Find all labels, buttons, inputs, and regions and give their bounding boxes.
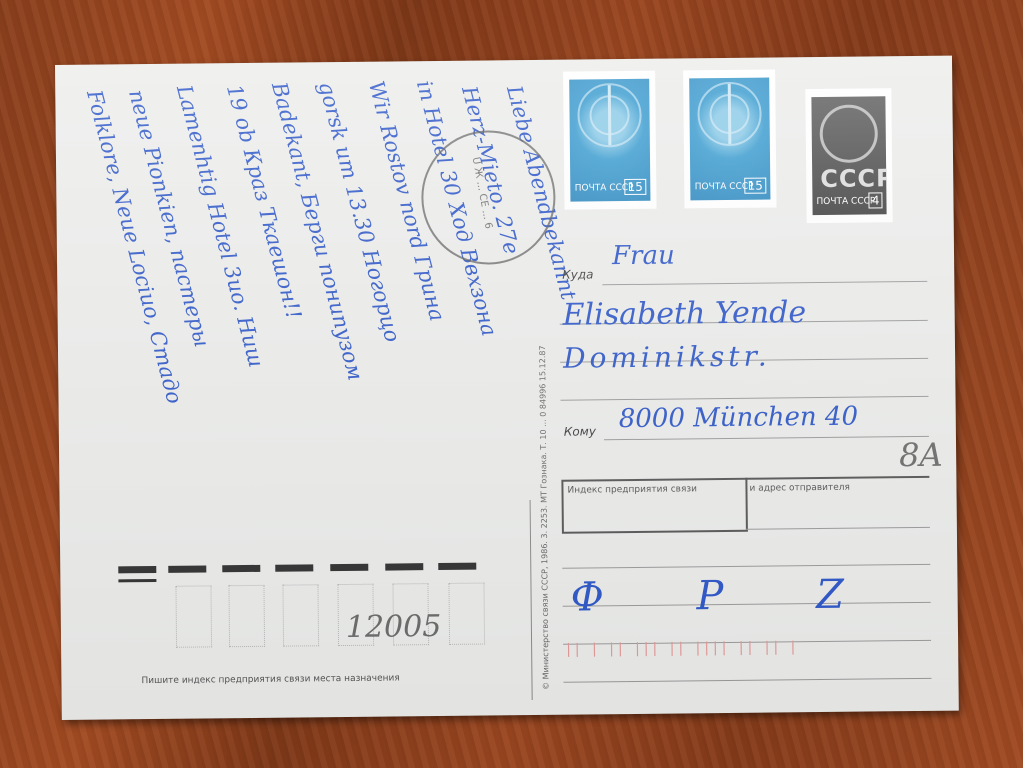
handwritten-message: Liebe Abendbekannt Herz-Mieto. 27e in Ho… <box>75 65 540 550</box>
state-emblem-icon <box>819 104 878 163</box>
radio-wave-icon <box>709 94 749 134</box>
radio-wave-icon <box>697 82 762 147</box>
tower-icon <box>608 85 612 145</box>
address-frau: Frau <box>612 241 675 272</box>
stamp-value: 15 <box>744 177 765 193</box>
address-line <box>745 476 929 480</box>
message-line: Badekant, Берги понипузом <box>267 80 368 383</box>
address-city: 8000 München 40 <box>619 402 859 435</box>
sender-initials: Ф P Z <box>570 571 884 620</box>
zip-box <box>175 585 212 647</box>
komu-label: Кому <box>564 424 596 438</box>
stamp-gray-4: СССР ПОЧТА СССР 4 <box>805 88 892 223</box>
postcard: Liebe Abendbekannt Herz-Mieto. 27e in Ho… <box>55 56 959 720</box>
sender-index-label: Индекс предприятия связи <box>567 484 697 495</box>
stamp-value: 15 <box>624 179 645 195</box>
stamp-blue-15: ПОЧТА СССР 15 <box>683 69 776 208</box>
tower-icon <box>728 84 732 144</box>
pencil-annotation: 8A <box>899 436 943 474</box>
zip-box <box>392 583 429 645</box>
address-line <box>563 640 931 645</box>
zip-bar <box>168 565 206 572</box>
radio-wave-icon <box>589 95 629 135</box>
publisher-line: © Министерство связи СССР, 1986. 3. 2253… <box>538 345 551 690</box>
message-line: Herz-Mieto. 27e <box>457 84 524 257</box>
message-line: neue Pionkien, пастеры <box>124 87 214 350</box>
address-line <box>746 527 930 530</box>
zip-bar <box>118 566 156 573</box>
zip-bar <box>385 563 423 570</box>
stamp-blue-15: ПОЧТА СССР 15 <box>563 71 656 210</box>
stamp-title: СССР <box>820 164 886 193</box>
message-line: Lamenhtig Hotel 3uo. Ниш <box>172 83 268 370</box>
message-line: Wir Rostov nord Грина <box>364 79 450 324</box>
radio-wave-icon <box>577 83 642 148</box>
sender-index-box <box>561 478 748 534</box>
pencil-zip: 12005 <box>346 609 442 645</box>
zip-hint: Пишите индекс предприятия связи места на… <box>141 673 399 686</box>
stamp-value: 4 <box>869 192 883 208</box>
zip-box <box>282 584 319 646</box>
message-line: in Hotel 30 Ход Ввхзона <box>412 78 502 339</box>
address-line <box>602 281 927 285</box>
address-line <box>563 678 931 683</box>
zip-box <box>337 584 374 646</box>
message-line: gorsk um 13.30 Ногорцо <box>314 79 405 345</box>
stamp-label: ПОЧТА СССР <box>816 196 875 207</box>
zip-box <box>228 585 265 647</box>
stamp-label: ПОЧТА СССР <box>695 181 754 192</box>
message-line: 19 ob Краз Ткаешон!! <box>222 82 306 322</box>
sender-address-label: и адрес отправителя <box>749 483 850 494</box>
address-line <box>562 564 930 569</box>
address-street: Dominikstr. <box>563 340 771 375</box>
address-line <box>561 396 929 401</box>
red-barcode-marks: || | || ||| || |||| || || | <box>566 639 799 657</box>
zip-box <box>448 583 485 645</box>
zip-bar <box>275 564 313 571</box>
kuda-label: Куда <box>562 267 593 281</box>
message-line: Folklore, Neue Lociuo, Стадо <box>82 87 187 406</box>
center-divider <box>530 500 533 700</box>
zip-bar <box>118 579 156 582</box>
address-line <box>563 602 931 607</box>
address-name: Elisabeth Yende <box>562 295 806 333</box>
zip-bar <box>222 565 260 572</box>
address-line <box>560 358 928 363</box>
zip-bar <box>438 563 476 570</box>
postmark: U Ж ... СЕ ... 6 <box>421 130 556 265</box>
address-line <box>560 320 928 325</box>
message-line: Liebe Abendbekannt <box>502 83 581 302</box>
zip-bar <box>330 564 368 571</box>
stamp-label: ПОЧТА СССР <box>575 183 634 194</box>
postmark-text: U Ж ... СЕ ... 6 <box>470 156 494 230</box>
address-line <box>604 436 929 440</box>
